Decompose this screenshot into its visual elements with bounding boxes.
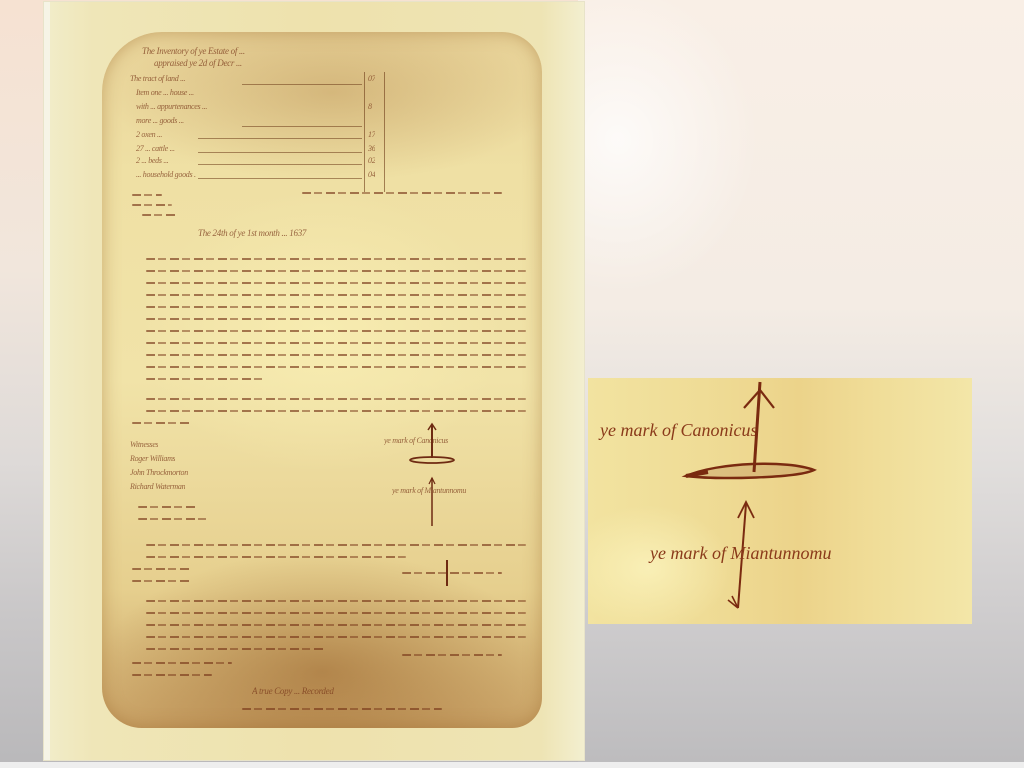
manuscript-photo: The Inventory of ye Estate of ... apprai… <box>44 2 584 760</box>
witness-line: John Throckmorton <box>130 468 188 477</box>
header-line: appraised ye 2d of Decr ... <box>154 58 454 68</box>
closing-line: A true Copy ... Recorded <box>252 686 472 696</box>
table-row-item: with ... appurtenances ... <box>136 102 316 111</box>
inset-caption-bottom: ye mark of Miantunnomu <box>650 543 831 564</box>
table-row-item: The tract of land ... <box>130 74 240 83</box>
manuscript-page: The Inventory of ye Estate of ... apprai… <box>102 32 542 728</box>
canonicus-mark-icon <box>678 378 828 618</box>
mark-icon <box>442 558 452 588</box>
signature <box>132 194 162 196</box>
marks-detail-inset: ye mark of Canonicus ye mark of Miantunn… <box>588 378 972 624</box>
attestation-line <box>302 192 502 194</box>
slide-bottom-edge <box>0 762 1024 768</box>
table-divider <box>364 72 365 192</box>
rule <box>242 126 362 127</box>
table-row-amount: 36 <box>368 144 375 153</box>
table-row-item: 2 oxen ... <box>136 130 196 139</box>
table-row-amount: 02 <box>368 156 375 165</box>
rule <box>198 138 362 139</box>
witness-line: Roger Williams <box>130 454 175 463</box>
rule <box>242 84 362 85</box>
witness-line: Witnesses <box>130 440 158 449</box>
rule <box>198 152 362 153</box>
table-row-amount: 04 <box>368 170 375 179</box>
mark-label: ye mark of Miantunnomu <box>392 486 522 495</box>
rule <box>198 164 362 165</box>
table-row-amount: 17 <box>368 130 375 139</box>
table-row-item: Item one ... house ... <box>136 88 362 97</box>
table-row-item: 27 ... cattle ... <box>136 144 196 153</box>
totem-mark-icon <box>402 422 462 532</box>
table-divider <box>384 72 385 192</box>
rule <box>198 178 362 179</box>
table-row-item: more ... goods ... <box>136 116 236 125</box>
header-line: The Inventory of ye Estate of ... <box>142 46 512 56</box>
table-row-item: ... household goods ... <box>136 170 196 179</box>
table-row-item: 2 ... beds ... <box>136 156 196 165</box>
signature <box>142 214 176 216</box>
dated-line: The 24th of ye 1st month ... 1637 <box>198 228 498 238</box>
signature <box>132 204 172 206</box>
witness-line: Richard Waterman <box>130 482 185 491</box>
table-row-amount: 07 <box>368 74 375 83</box>
table-row-amount: 8 <box>368 102 372 111</box>
